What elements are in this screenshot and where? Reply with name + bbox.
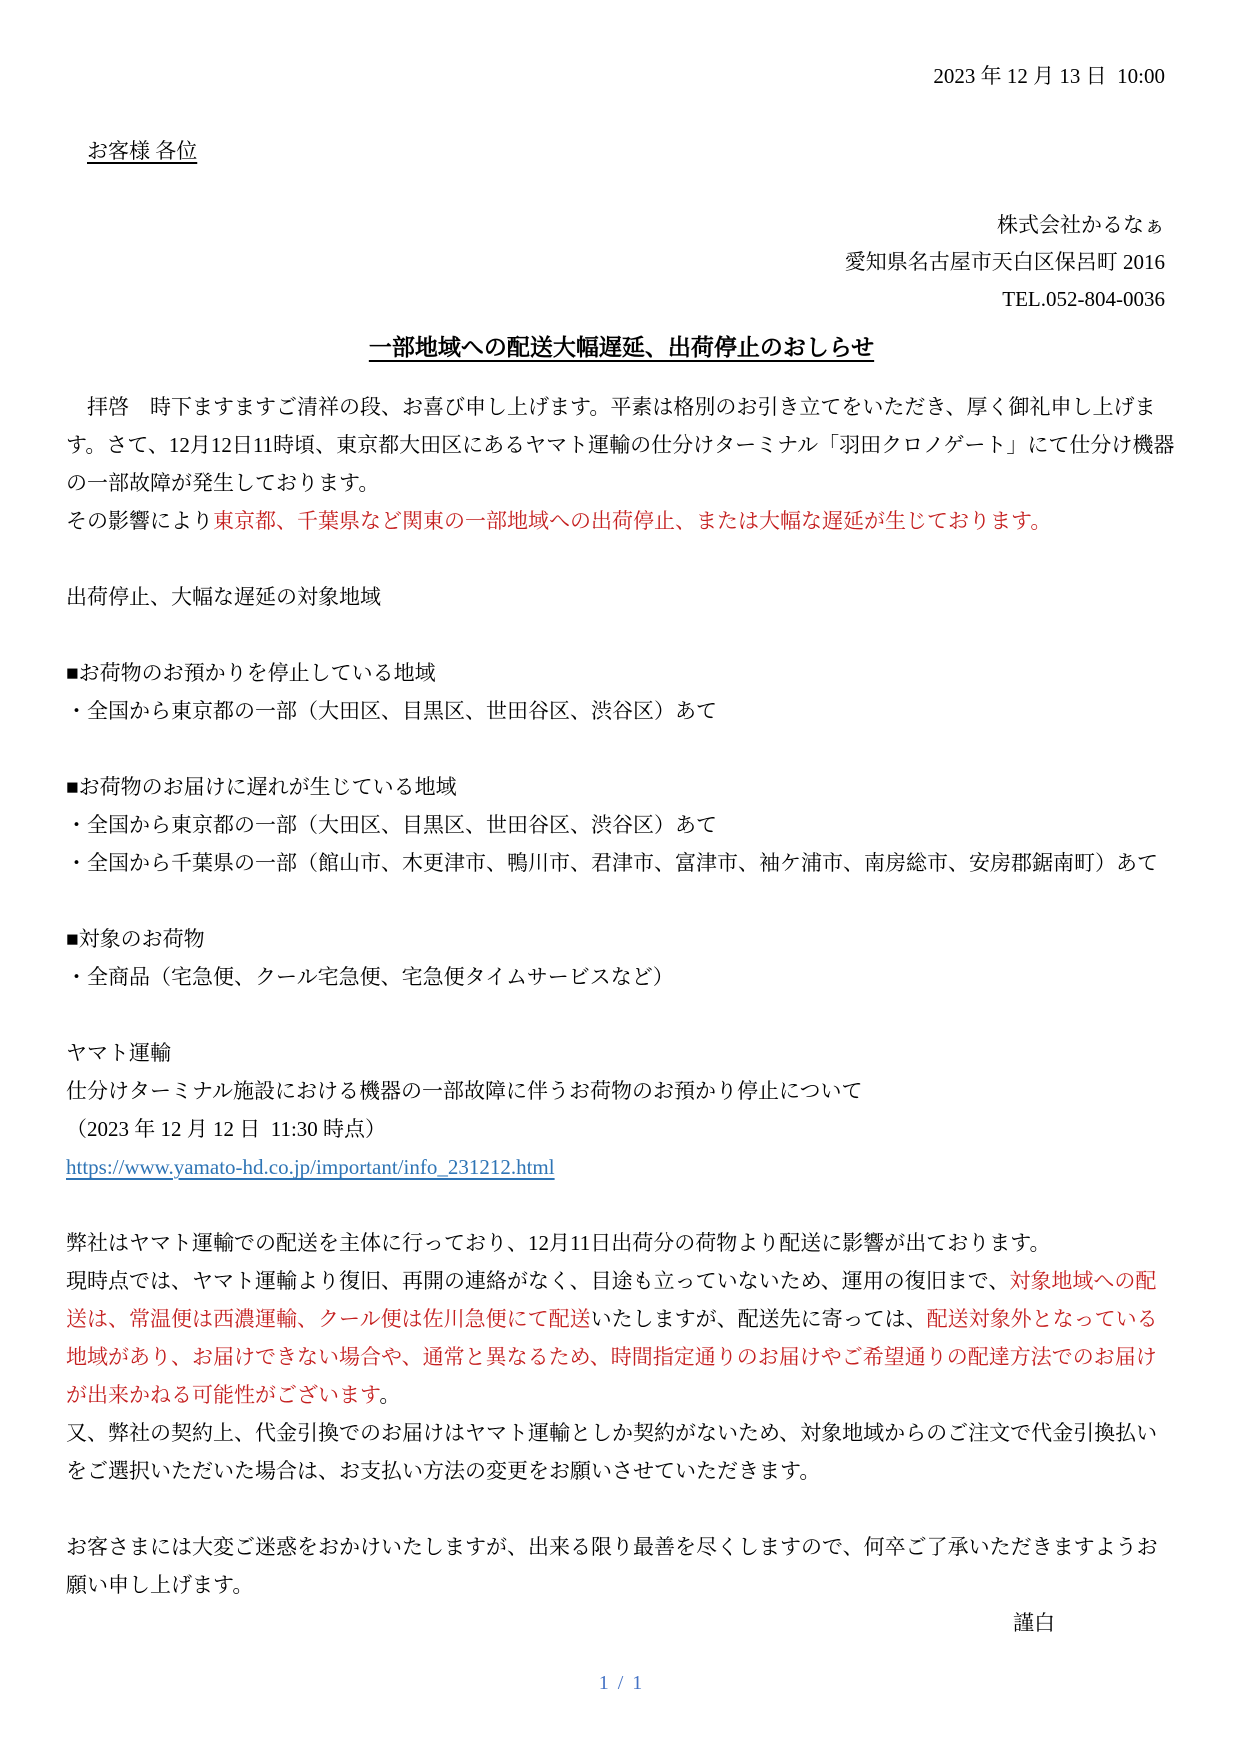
- red-emphasis-text: 東京都、千葉県など関東の一部地域への出荷停止、または大幅な遅延が生じております。: [213, 509, 1051, 533]
- body-text: 仕分けターミナル施設における機器の一部故障に伴うお荷物のお預かり停止について: [66, 1079, 863, 1103]
- body-text: （2023 年 12 月 12 日 11:30 時点）: [66, 1117, 386, 1141]
- paragraph: 現時点では、ヤマト運輸より復旧、再開の連絡がなく、目途も立っていないため、運用の…: [66, 1262, 1177, 1414]
- blank-line: [66, 882, 1177, 920]
- paragraph: ・全商品（宅急便、クール宅急便、宅急便タイムサービスなど）: [66, 958, 1177, 996]
- paragraph: ・全国から東京都の一部（大田区、目黒区、世田谷区、渋谷区）あて: [66, 806, 1177, 844]
- sender-company: 株式会社かるなぁ: [66, 207, 1177, 244]
- notice-title-text: 一部地域への配送大幅遅延、出荷停止のおしらせ: [369, 335, 874, 360]
- paragraph: （2023 年 12 月 12 日 11:30 時点）: [66, 1110, 1177, 1148]
- body-text: ■お荷物のお預かりを停止している地域: [66, 661, 436, 685]
- header-date: 2023 年 12 月 13 日 10:00: [66, 58, 1177, 95]
- blank-line: [66, 540, 1177, 578]
- body-paragraphs: 拝啓 時下ますますご清祥の段、お喜び申し上げます。平素は格別のお引き立てをいただ…: [66, 388, 1177, 1642]
- paragraph: ■お荷物のお預かりを停止している地域: [66, 654, 1177, 692]
- body-text: ・全国から千葉県の一部（館山市、木更津市、鴨川市、君津市、富津市、袖ケ浦市、南房…: [66, 851, 1158, 875]
- paragraph: 拝啓 時下ますますご清祥の段、お喜び申し上げます。平素は格別のお引き立てをいただ…: [66, 388, 1177, 502]
- paragraph: 仕分けターミナル施設における機器の一部故障に伴うお荷物のお預かり停止について: [66, 1072, 1177, 1110]
- body-text: お客さまには大変ご迷惑をおかけいたしますが、出来る限り最善を尽くしますので、何卒…: [66, 1535, 1158, 1597]
- body-text: ヤマト運輸: [66, 1041, 171, 1065]
- body-text: ■お荷物のお届けに遅れが生じている地域: [66, 775, 457, 799]
- blank-line: [66, 1186, 1177, 1224]
- paragraph: https://www.yamato-hd.co.jp/important/in…: [66, 1148, 1177, 1186]
- body-text: ・全商品（宅急便、クール宅急便、宅急便タイムサービスなど）: [66, 965, 674, 989]
- paragraph: その影響により東京都、千葉県など関東の一部地域への出荷停止、または大幅な遅延が生…: [66, 502, 1177, 540]
- body-text: 又、弊社の契約上、代金引換でのお届けはヤマト運輸としか契約がないため、対象地域か…: [66, 1421, 1157, 1483]
- closing-keigo: 謹白: [66, 1604, 1177, 1642]
- paragraph: 出荷停止、大幅な遅延の対象地域: [66, 578, 1177, 616]
- notice-title: 一部地域への配送大幅遅延、出荷停止のおしらせ: [66, 328, 1177, 368]
- paragraph: ■対象のお荷物: [66, 920, 1177, 958]
- paragraph: 又、弊社の契約上、代金引換でのお届けはヤマト運輸としか契約がないため、対象地域か…: [66, 1414, 1177, 1490]
- body-text: いたしますが、配送先に寄っては、: [591, 1307, 927, 1331]
- blank-line: [66, 996, 1177, 1034]
- paragraph: 弊社はヤマト運輸での配送を主体に行っており、12月11日出荷分の荷物より配送に影…: [66, 1224, 1177, 1262]
- document-page: 2023 年 12 月 13 日 10:00 お客様 各位 株式会社かるなぁ 愛…: [0, 0, 1241, 1755]
- body-text: ■対象のお荷物: [66, 927, 205, 951]
- body-text: 現時点では、ヤマト運輸より復旧、再開の連絡がなく、目途も立っていないため、運用の…: [66, 1269, 1009, 1293]
- customer-salutation: お客様 各位: [66, 96, 1177, 207]
- customer-salutation-text: お客様 各位: [87, 139, 197, 163]
- page-number: 1 / 1: [66, 1664, 1177, 1702]
- body-text: 拝啓 時下ますますご清祥の段、お喜び申し上げます。平素は格別のお引き立てをいただ…: [66, 395, 1174, 495]
- sender-tel: TEL.052-804-0036: [66, 281, 1177, 318]
- paragraph: ・全国から東京都の一部（大田区、目黒区、世田谷区、渋谷区）あて: [66, 692, 1177, 730]
- blank-line: [66, 730, 1177, 768]
- body-text: 。: [379, 1383, 400, 1407]
- body-text: その影響により: [66, 509, 213, 533]
- blank-line: [66, 1490, 1177, 1528]
- blank-line: [66, 616, 1177, 654]
- body-text: 弊社はヤマト運輸での配送を主体に行っており、12月11日出荷分の荷物より配送に影…: [66, 1231, 1051, 1255]
- body-text: ・全国から東京都の一部（大田区、目黒区、世田谷区、渋谷区）あて: [66, 699, 717, 723]
- paragraph: お客さまには大変ご迷惑をおかけいたしますが、出来る限り最善を尽くしますので、何卒…: [66, 1528, 1177, 1604]
- sender-address: 愛知県名古屋市天白区保呂町 2016: [66, 244, 1177, 281]
- paragraph: ヤマト運輸: [66, 1034, 1177, 1072]
- yamato-info-link[interactable]: https://www.yamato-hd.co.jp/important/in…: [66, 1155, 555, 1179]
- body-text: 出荷停止、大幅な遅延の対象地域: [66, 585, 381, 609]
- paragraph: ■お荷物のお届けに遅れが生じている地域: [66, 768, 1177, 806]
- body-text: ・全国から東京都の一部（大田区、目黒区、世田谷区、渋谷区）あて: [66, 813, 717, 837]
- body-text: 謹白: [1013, 1611, 1055, 1635]
- paragraph: ・全国から千葉県の一部（館山市、木更津市、鴨川市、君津市、富津市、袖ケ浦市、南房…: [66, 844, 1177, 882]
